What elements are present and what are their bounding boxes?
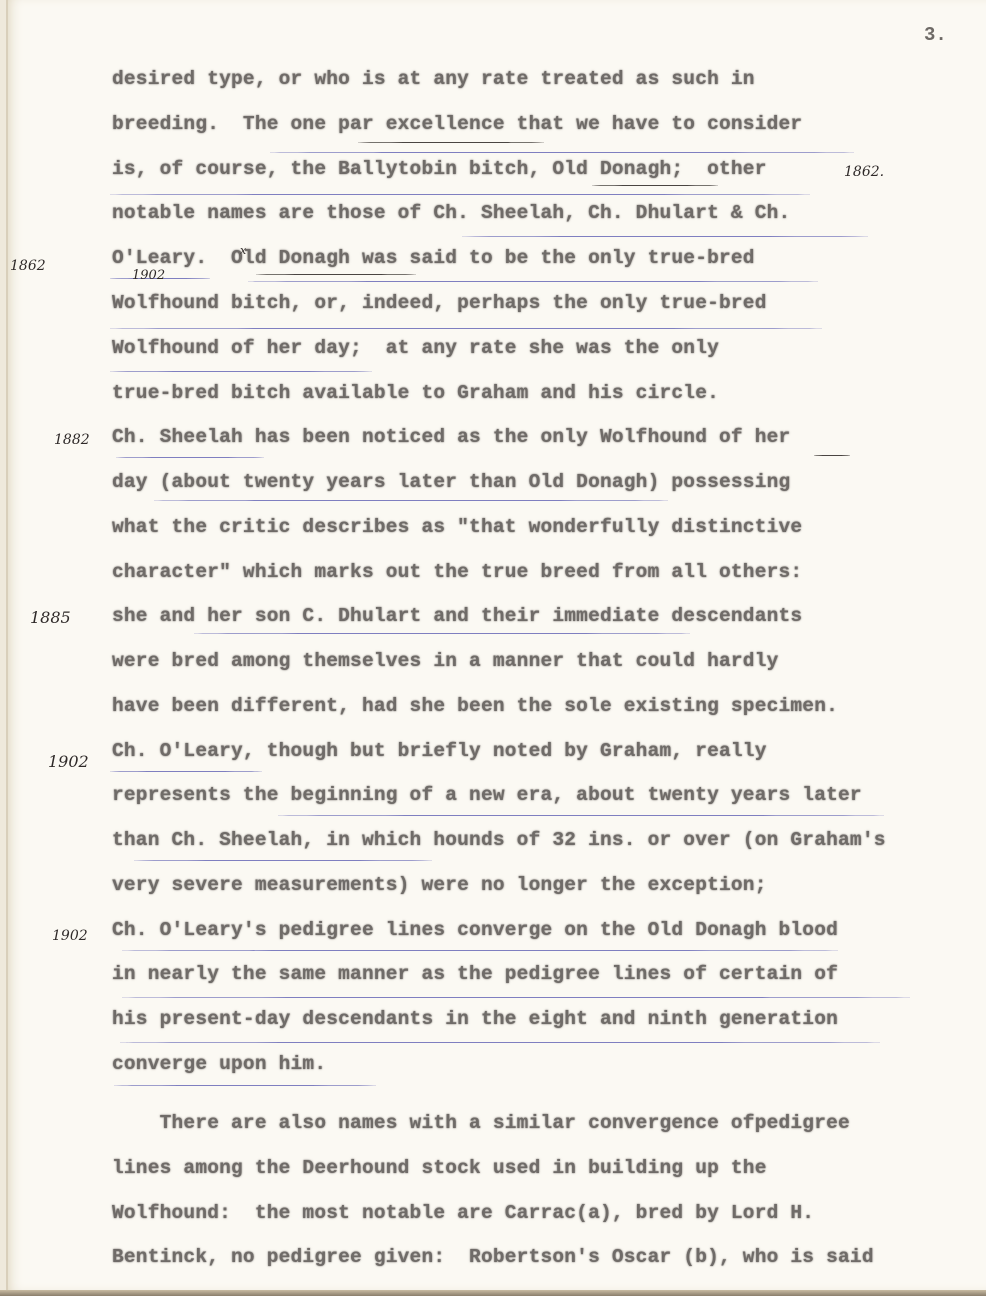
underline-old-donagh — [592, 185, 718, 186]
text-line: Wolfhound bitch, or, indeed, perhaps the… — [112, 292, 767, 314]
text-line: in nearly the same manner as the pedigre… — [112, 963, 838, 985]
pen-underline — [122, 997, 910, 998]
text-line: Wolfhound of her day; at any rate she wa… — [112, 337, 719, 359]
text-line: O'Leary. Old Donagh was said to be the o… — [112, 247, 755, 269]
text-line: notable names are those of Ch. Sheelah, … — [112, 202, 790, 224]
text-line: breeding. The one par excellence that we… — [112, 113, 802, 135]
text-line: character" which marks out the true bree… — [112, 561, 802, 583]
text-line: Ch. O'Leary's pedigree lines converge on… — [112, 919, 838, 941]
pen-underline — [116, 457, 264, 458]
text-line: Ch. Sheelah has been noticed as the only… — [112, 426, 790, 448]
pen-underline — [462, 236, 868, 237]
pen-underline — [114, 1085, 376, 1086]
text-line: day (about twenty years later than Old D… — [112, 471, 790, 493]
text-line: very severe measurements) were no longer… — [112, 874, 767, 896]
margin-note-year: 1902 — [52, 928, 88, 944]
pen-underline — [120, 1042, 880, 1043]
margin-note-year: 1862 — [10, 258, 46, 274]
pen-underline — [134, 860, 432, 861]
pen-underline — [194, 633, 690, 634]
text-line: were bred among themselves in a manner t… — [112, 650, 779, 672]
pen-underline — [110, 771, 262, 772]
text-line: have been different, had she been the so… — [112, 695, 838, 717]
pen-underline — [154, 500, 668, 501]
text-line: than Ch. Sheelah, in which hounds of 32 … — [112, 829, 886, 851]
text-line: Wolfhound: the most notable are Carrac(a… — [112, 1202, 814, 1224]
margin-note-year: 1885 — [30, 608, 71, 627]
margin-note-year: 1882 — [54, 432, 90, 448]
pen-underline — [248, 281, 818, 282]
underline-par-excellence — [358, 142, 544, 143]
text-line: represents the beginning of a new era, a… — [112, 784, 862, 806]
text-line: Ch. O'Leary, though but briefly noted by… — [112, 740, 767, 762]
pen-underline — [270, 152, 854, 153]
insertion-mark: x — [240, 244, 246, 257]
text-line: lines among the Deerhound stock used in … — [112, 1157, 767, 1179]
text-line: is, of course, the Ballytobin bitch, Old… — [112, 158, 767, 180]
text-line: she and her son C. Dhulart and their imm… — [112, 605, 802, 627]
pen-underline — [110, 328, 822, 329]
underline-her — [814, 455, 850, 456]
margin-note-year: 1902 — [48, 752, 89, 771]
typewritten-page: 3. desired type, or who is at any rate t… — [6, 0, 986, 1290]
text-line: desired type, or who is at any rate trea… — [112, 68, 755, 90]
text-line: converge upon him. — [112, 1053, 326, 1075]
underline-old-donagh-2 — [256, 274, 416, 275]
text-line: Bentinck, no pedigree given: Robertson's… — [112, 1246, 874, 1268]
text-line: true-bred bitch available to Graham and … — [112, 382, 719, 404]
margin-note-year: 1862. — [844, 164, 884, 180]
pen-underline — [122, 950, 838, 951]
text-line: his present-day descendants in the eight… — [112, 1008, 838, 1030]
text-line: There are also names with a similar conv… — [112, 1112, 850, 1134]
margin-note-year: 1902 — [132, 268, 165, 283]
page-number: 3. — [924, 24, 947, 46]
pen-underline — [110, 194, 810, 195]
pen-underline — [278, 815, 884, 816]
text-line: what the critic describes as "that wonde… — [112, 516, 802, 538]
page-bottom-edge — [0, 1290, 986, 1296]
pen-underline — [110, 371, 372, 372]
